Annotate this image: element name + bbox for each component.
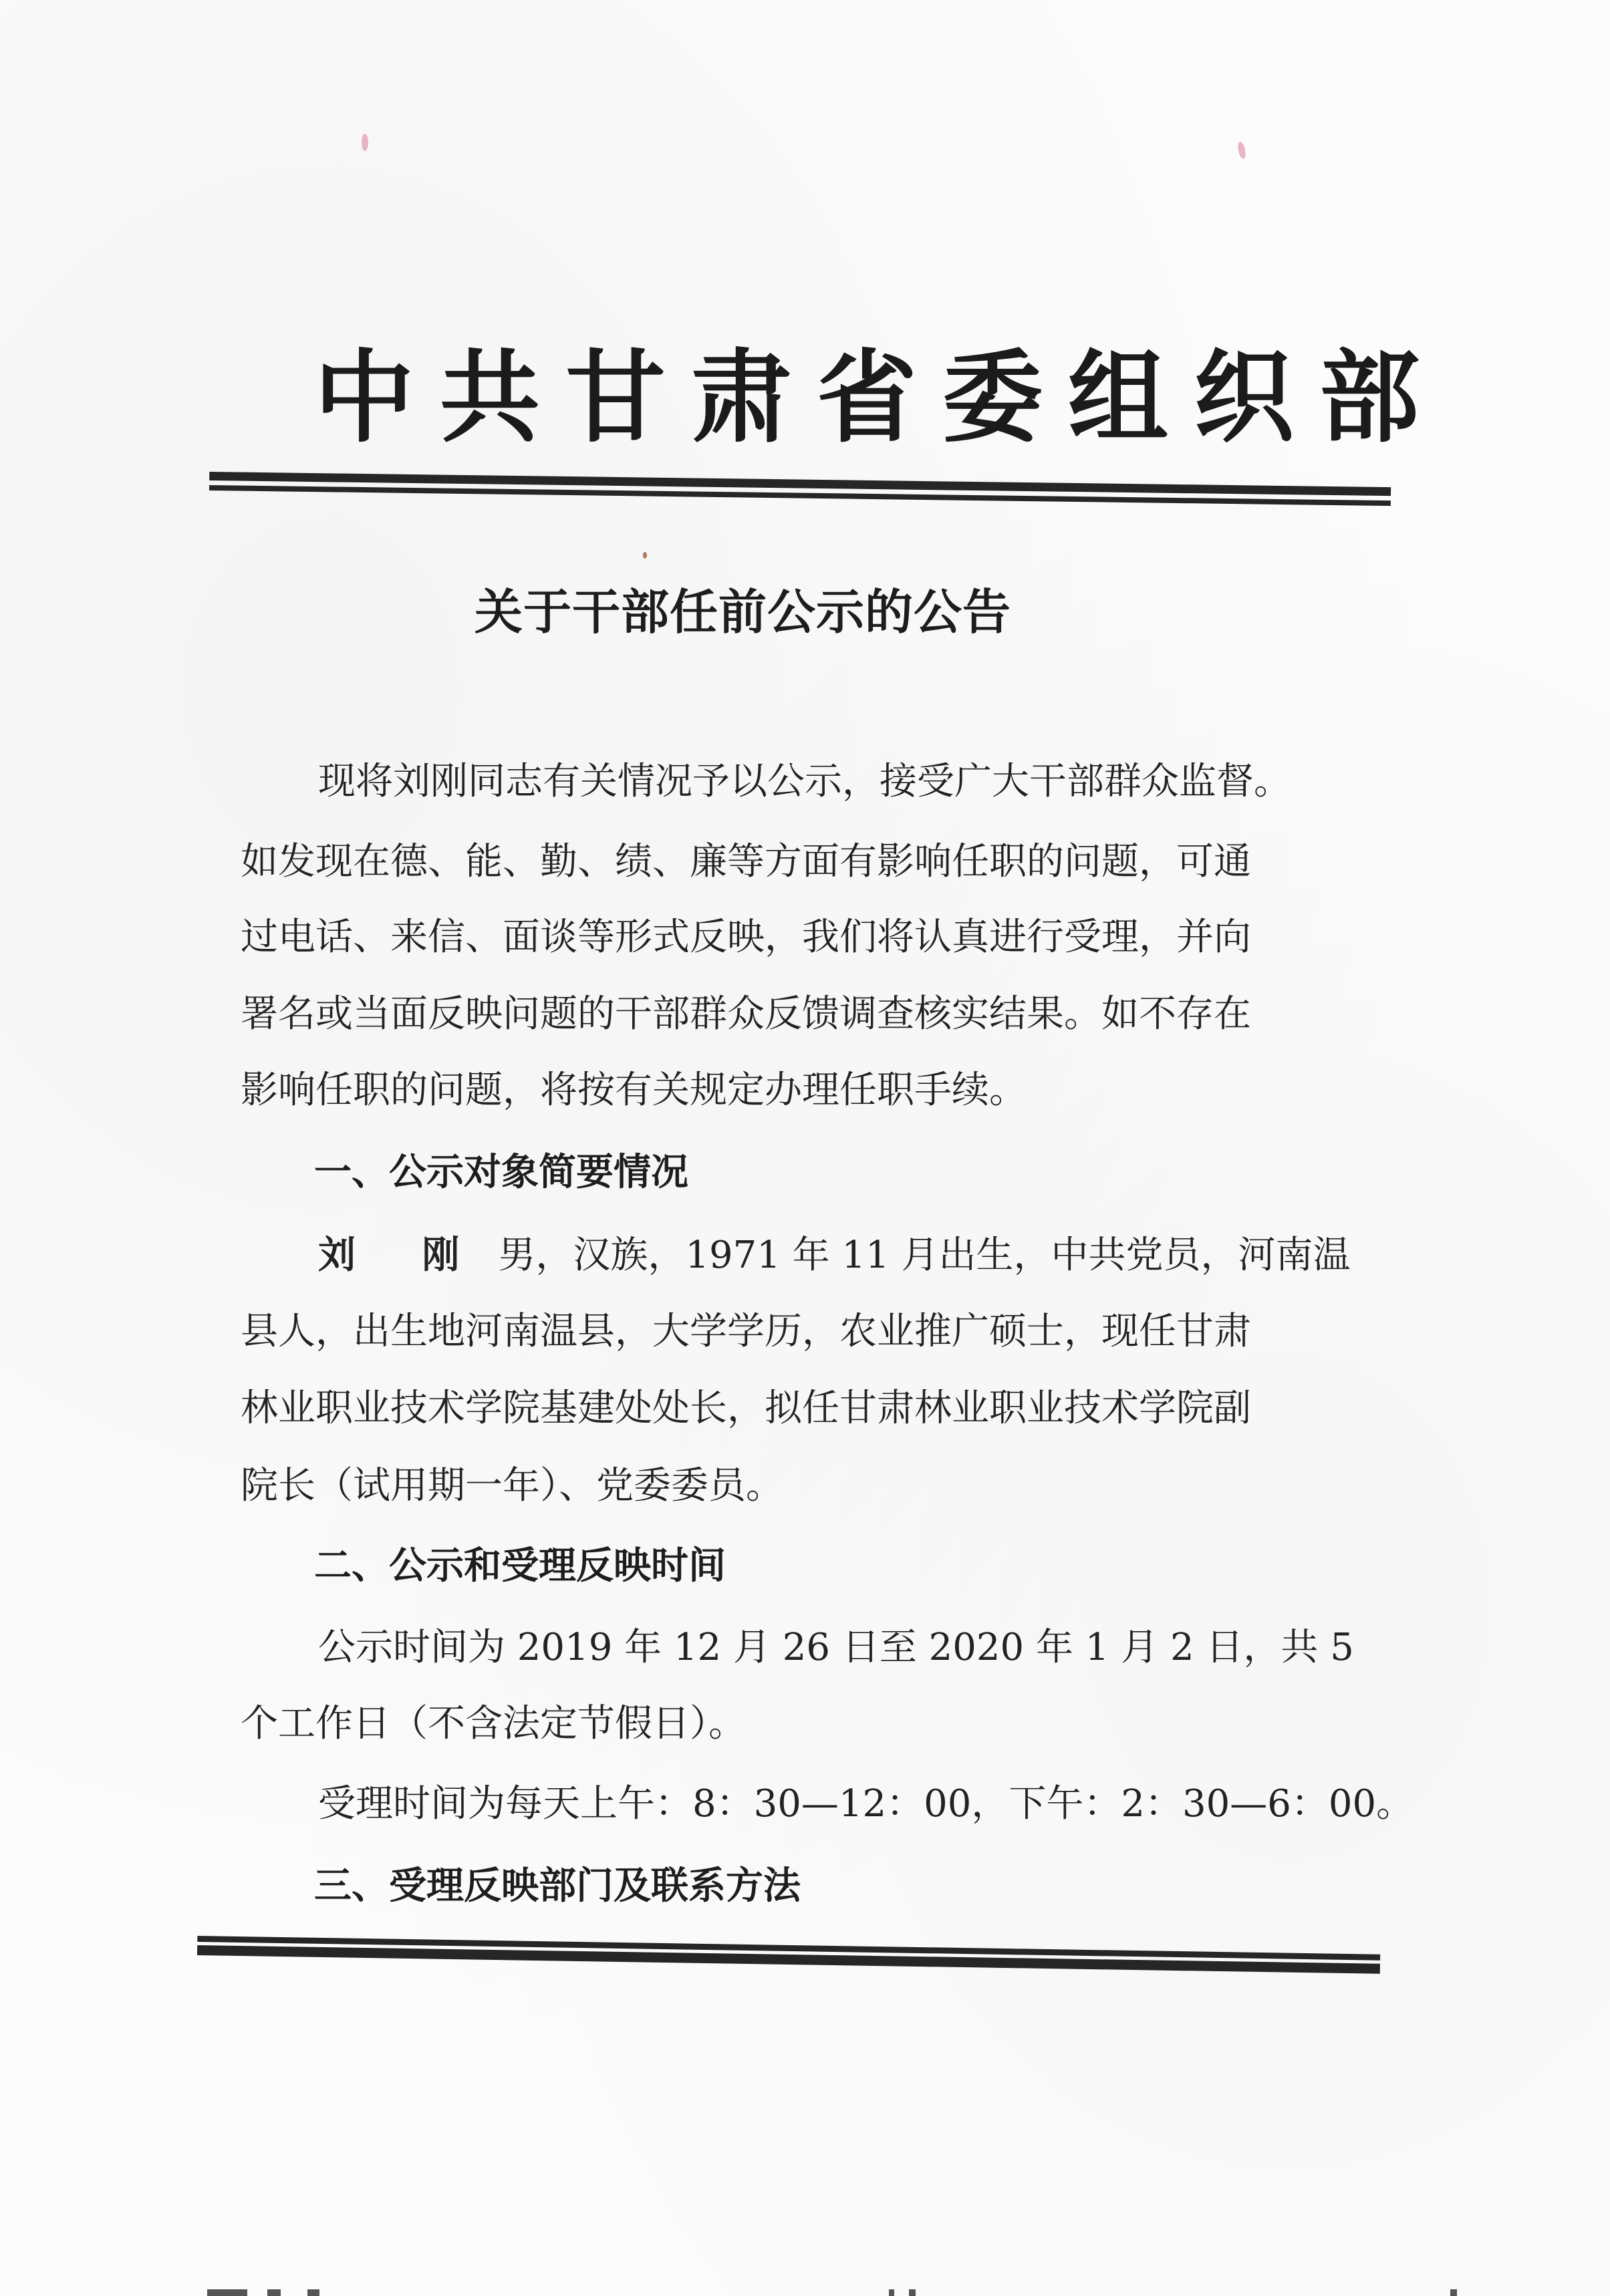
organization-header: 中共甘肃省委组织部 xyxy=(314,347,1290,448)
next-page-text-fragment xyxy=(207,2285,1477,2296)
intro-line: 过电话、来信、面谈等形式反映，我们将认真进行受理，并向 xyxy=(241,919,1337,956)
subject-line: 林业职业技术学院基建处处长，拟任甘肃林业职业技术学院副 xyxy=(241,1390,1337,1427)
period-line: 公示时间为 2019 年 12 月 26 日至 2020 年 1 月 2 日，共… xyxy=(318,1629,1414,1667)
subject-line: 县人，出生地河南温县，大学学历，农业推广硕士，现任甘肃 xyxy=(241,1313,1337,1350)
header-double-rule xyxy=(209,472,1391,519)
document-page: 中共甘肃省委组织部 关于干部任前公示的公告 现将刘刚同志有关情况予以公示，接受广… xyxy=(0,0,1610,2296)
intro-line: 现将刘刚同志有关情况予以公示，接受广大干部群众监督。 xyxy=(318,763,1414,801)
section-heading-1: 一、公示对象简要情况 xyxy=(314,1154,688,1191)
intro-line: 署名或当面反映问题的干部群众反馈调查核实结果。如不存在 xyxy=(241,996,1337,1033)
intro-line: 如发现在德、能、勤、绩、廉等方面有影响任职的问题，可通 xyxy=(241,843,1337,881)
footer-double-rule xyxy=(197,1936,1381,1989)
ink-spot xyxy=(643,552,647,559)
subject-line: 刘 刚 男，汉族，1971 年 11 月出生，中共党员，河南温 xyxy=(318,1236,1414,1274)
notice-title: 关于干部任前公示的公告 xyxy=(475,588,1143,636)
hours-line: 受理时间为每天上午：8：30—12：00，下午：2：30—6：00。 xyxy=(318,1785,1414,1823)
ink-spot xyxy=(1236,141,1246,160)
subject-line: 院长（试用期一年）、党委委员。 xyxy=(241,1467,1337,1505)
subject-details: 男，汉族，1971 年 11 月出生，中共党员，河南温 xyxy=(498,1234,1350,1277)
section-heading-3: 三、受理反映部门及联系方法 xyxy=(314,1868,801,1905)
ink-spot xyxy=(362,134,368,151)
period-line: 个工作日（不含法定节假日）。 xyxy=(241,1705,1337,1743)
section-heading-2: 二、公示和受理反映时间 xyxy=(314,1548,726,1585)
intro-line: 影响任职的问题，将按有关规定办理任职手续。 xyxy=(241,1072,1337,1109)
subject-name: 刘 刚 xyxy=(318,1233,487,1277)
